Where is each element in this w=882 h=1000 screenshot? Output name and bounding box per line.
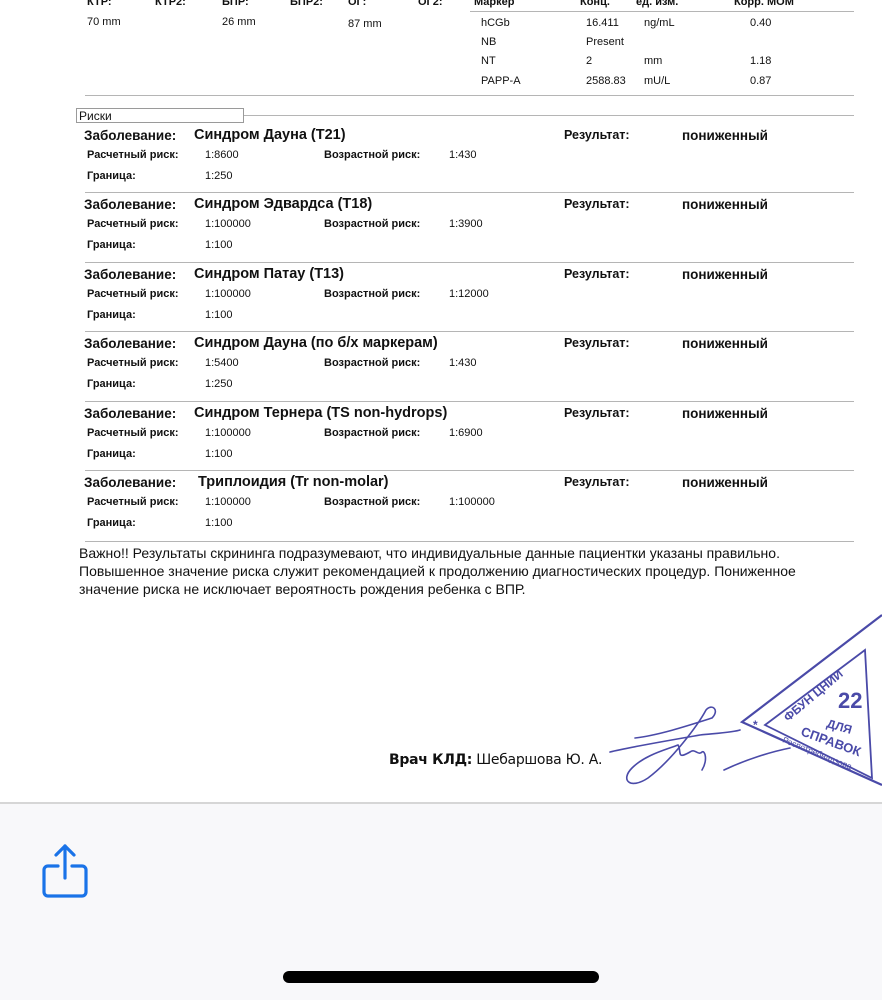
risk-item-t21-biochem: Заболевание: Синдром Дауна (по б/х марке… <box>84 336 854 405</box>
calculated-risk-value: 1:100000 <box>205 427 251 439</box>
limit-value: 1:100 <box>205 309 233 321</box>
marker-conc: 16.411 <box>586 17 619 29</box>
share-icon <box>38 842 94 902</box>
age-risk-label: Возрастной риск: <box>324 427 420 439</box>
marker-conc: Present <box>586 36 624 48</box>
age-risk-value: 1:3900 <box>449 218 483 230</box>
param-value-ktr: 70 mm <box>87 16 121 28</box>
risk-item-triploidy: Заболевание: Триплоидия (Tr non-molar) Р… <box>84 475 854 544</box>
result-label: Результат: <box>564 475 630 489</box>
conc-col-header: Конц. <box>580 0 610 8</box>
home-indicator[interactable] <box>283 971 599 983</box>
params-divider <box>85 95 854 96</box>
age-risk-label: Возрастной риск: <box>324 496 420 508</box>
stamp-line1: ФБУН ЦНИИ <box>781 667 846 724</box>
risks-header-line <box>244 115 854 116</box>
age-risk-value: 1:12000 <box>449 288 489 300</box>
result-label: Результат: <box>564 197 630 211</box>
param-header-bpr: БПР: <box>222 0 249 8</box>
share-button[interactable] <box>38 842 94 902</box>
risk-divider <box>85 192 854 193</box>
risk-item-t13: Заболевание: Синдром Патау (T13) Результ… <box>84 267 854 336</box>
age-risk-value: 1:430 <box>449 149 477 161</box>
risk-divider <box>85 331 854 332</box>
age-risk-label: Возрастной риск: <box>324 288 420 300</box>
limit-label: Граница: <box>87 239 136 251</box>
risk-divider <box>85 401 854 402</box>
important-notice: Важно!! Результаты скрининга подразумева… <box>79 544 799 598</box>
doctor-name: Шебаршова Ю. А. <box>476 752 602 768</box>
calculated-risk-value: 1:5400 <box>205 357 239 369</box>
marker-col-header: Маркер <box>474 0 514 8</box>
limit-label: Граница: <box>87 378 136 390</box>
calculated-risk-value: 1:100000 <box>205 218 251 230</box>
result-value: пониженный <box>682 267 768 282</box>
svg-text:*: * <box>753 718 758 732</box>
marker-mom: 1.18 <box>750 55 771 67</box>
marker-name: hCGb <box>481 17 510 29</box>
marker-name: NB <box>481 36 496 48</box>
result-value: пониженный <box>682 336 768 351</box>
age-risk-label: Возрастной риск: <box>324 218 420 230</box>
result-label: Результат: <box>564 406 630 420</box>
calculated-risk-label: Расчетный риск: <box>87 496 179 508</box>
risk-divider <box>85 470 854 471</box>
risk-divider <box>85 262 854 263</box>
disease-name: Синдром Дауна (по б/х маркерам) <box>194 335 438 351</box>
mom-col-header: Корр. МОМ <box>734 0 794 8</box>
markers-header-divider <box>470 11 854 12</box>
disease-label: Заболевание: <box>84 267 176 282</box>
stamp-and-signature: ФБУН ЦНИИ 22 ДЛЯ СПРАВОК Роспотребнадзор… <box>600 600 882 800</box>
calculated-risk-value: 1:8600 <box>205 149 239 161</box>
age-risk-value: 1:100000 <box>449 496 495 508</box>
risk-item-t18: Заболевание: Синдром Эдвардса (T18) Резу… <box>84 197 854 266</box>
param-header-og: ОГ: <box>348 0 366 8</box>
marker-name: PAPP-A <box>481 75 521 87</box>
disease-name: Синдром Патау (T13) <box>194 266 344 282</box>
disease-label: Заболевание: <box>84 197 176 212</box>
age-risk-value: 1:6900 <box>449 427 483 439</box>
result-value: пониженный <box>682 197 768 212</box>
param-header-og2: ОГ2: <box>418 0 443 8</box>
marker-unit: mU/L <box>644 75 670 87</box>
disease-name: Синдром Эдвардса (T18) <box>194 196 372 212</box>
disease-name: Триплоидия (Tr non-molar) <box>198 474 389 490</box>
document-page: КТР: КТР2: БПР: БПР2: ОГ: ОГ2: 70 mm 26 … <box>0 0 882 802</box>
result-value: пониженный <box>682 475 768 490</box>
disease-name: Синдром Дауна (T21) <box>194 127 346 143</box>
limit-label: Граница: <box>87 170 136 182</box>
marker-name: NT <box>481 55 496 67</box>
risks-bottom-divider <box>85 541 854 542</box>
unit-col-header: ед. изм. <box>636 0 678 8</box>
marker-unit: mm <box>644 55 662 67</box>
param-value-bpr: 26 mm <box>222 16 256 28</box>
limit-value: 1:100 <box>205 239 233 251</box>
marker-conc: 2 <box>586 55 592 67</box>
calculated-risk-label: Расчетный риск: <box>87 149 179 161</box>
calculated-risk-label: Расчетный риск: <box>87 357 179 369</box>
disease-label: Заболевание: <box>84 406 176 421</box>
limit-value: 1:100 <box>205 448 233 460</box>
limit-label: Граница: <box>87 517 136 529</box>
stamp-number: 22 <box>838 688 862 713</box>
param-header-ktr: КТР: <box>87 0 112 8</box>
result-value: пониженный <box>682 128 768 143</box>
limit-label: Граница: <box>87 309 136 321</box>
risk-item-turner: Заболевание: Синдром Тернера (TS non-hyd… <box>84 406 854 475</box>
result-label: Результат: <box>564 267 630 281</box>
calculated-risk-label: Расчетный риск: <box>87 427 179 439</box>
marker-unit: ng/mL <box>644 17 675 29</box>
risk-item-t21: Заболевание: Синдром Дауна (T21) Результ… <box>84 128 854 197</box>
limit-value: 1:250 <box>205 378 233 390</box>
doctor-label: Врач КЛД: <box>389 752 472 768</box>
result-value: пониженный <box>682 406 768 421</box>
limit-value: 1:250 <box>205 170 233 182</box>
risks-section-title: Риски <box>76 108 244 123</box>
disease-label: Заболевание: <box>84 475 176 490</box>
marker-conc: 2588.83 <box>586 75 626 87</box>
age-risk-label: Возрастной риск: <box>324 149 420 161</box>
calculated-risk-label: Расчетный риск: <box>87 288 179 300</box>
param-header-bpr2: БПР2: <box>290 0 323 8</box>
calculated-risk-value: 1:100000 <box>205 288 251 300</box>
result-label: Результат: <box>564 128 630 142</box>
marker-mom: 0.87 <box>750 75 771 87</box>
signature-icon <box>610 707 790 783</box>
disease-label: Заболевание: <box>84 336 176 351</box>
age-risk-label: Возрастной риск: <box>324 357 420 369</box>
limit-value: 1:100 <box>205 517 233 529</box>
disease-name: Синдром Тернера (TS non-hydrops) <box>194 405 447 421</box>
bottom-toolbar <box>0 802 882 1000</box>
calculated-risk-label: Расчетный риск: <box>87 218 179 230</box>
calculated-risk-value: 1:100000 <box>205 496 251 508</box>
param-value-og: 87 mm <box>348 18 382 30</box>
doctor-signature-line: Врач КЛД: Шебаршова Ю. А. <box>389 752 602 768</box>
result-label: Результат: <box>564 336 630 350</box>
marker-mom: 0.40 <box>750 17 771 29</box>
disease-label: Заболевание: <box>84 128 176 143</box>
param-header-ktr2: КТР2: <box>155 0 186 8</box>
age-risk-value: 1:430 <box>449 357 477 369</box>
limit-label: Граница: <box>87 448 136 460</box>
